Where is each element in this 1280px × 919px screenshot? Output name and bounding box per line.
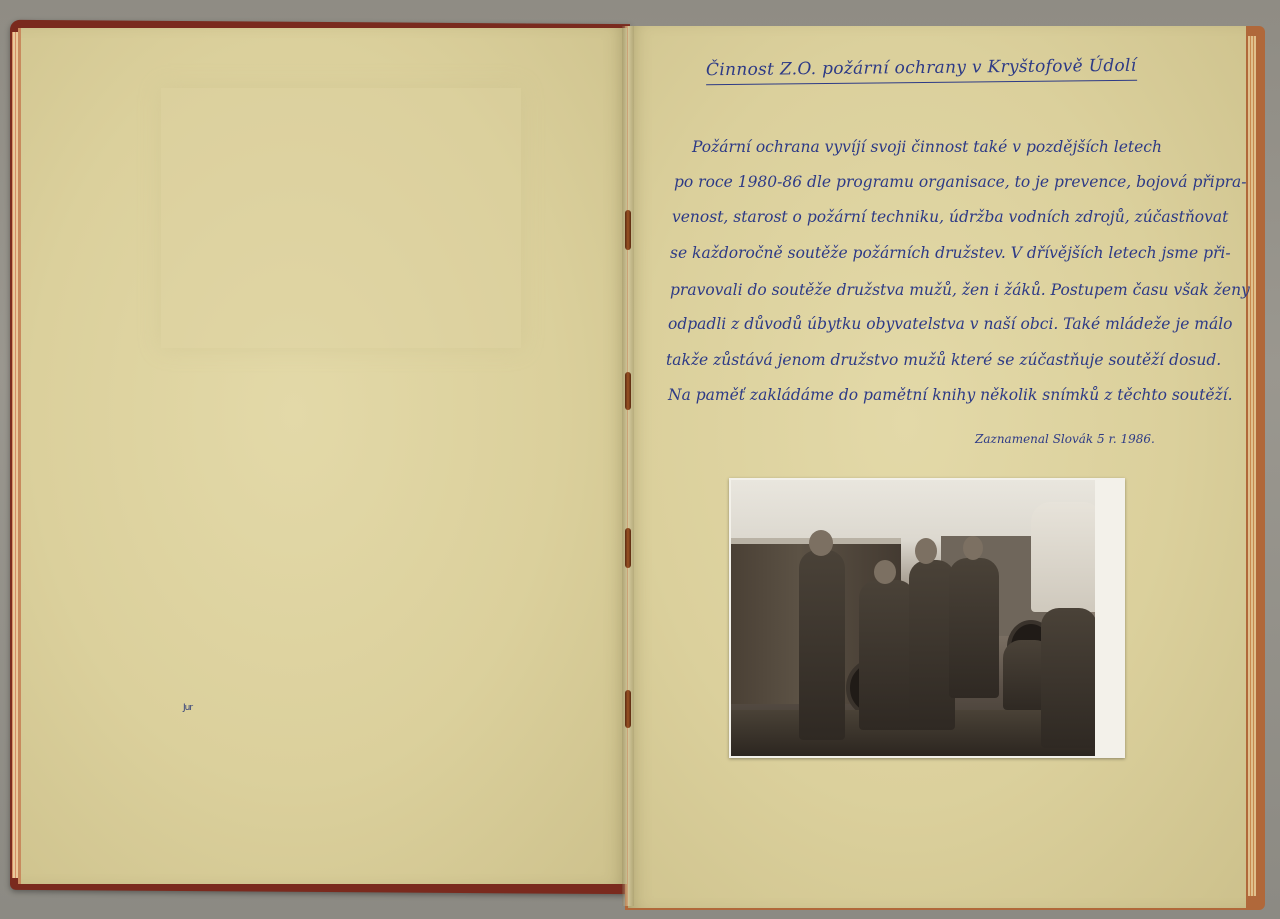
paragraph-line: takže zůstává jenom družstvo mužů které …: [666, 351, 1221, 369]
photo-image: [731, 480, 1095, 756]
person-white-sweater: [1031, 502, 1095, 612]
left-page: [18, 28, 627, 884]
photograph: [729, 478, 1125, 758]
head: [809, 530, 833, 556]
right-page: [628, 26, 1246, 908]
person: [799, 550, 845, 740]
person-legs: [1041, 608, 1095, 748]
binding-staple: [625, 372, 631, 410]
binding-staple: [625, 210, 631, 250]
paragraph-line: se každoročně soutěže požárních družstev…: [670, 244, 1231, 262]
faded-photo-outline: [161, 88, 521, 348]
paragraph-line: pravovali do soutěže družstva mužů, žen …: [670, 281, 1250, 299]
person: [859, 580, 915, 730]
paragraph-line: venost, starost o požární techniku, údrž…: [672, 208, 1228, 226]
paragraph-line: odpadli z důvodů úbytku obyvatelstva v n…: [668, 315, 1233, 333]
binding-staple: [625, 528, 631, 568]
paragraph-line: po roce 1980-86 dle programu organisace,…: [674, 173, 1247, 191]
head: [915, 538, 937, 564]
signature: Zaznamenal Slovák 5 r. 1986.: [975, 432, 1155, 446]
paragraph-line: Požární ochrana vyvíjí svoji činnost tak…: [692, 138, 1162, 156]
person: [949, 558, 999, 698]
page-stack-right: [1248, 36, 1256, 896]
ink-mark: Jur: [183, 703, 192, 713]
page-stack-left: [12, 32, 18, 878]
page-title: Činnost Z.O. požární ochrany v Kryštofov…: [706, 56, 1137, 86]
head: [874, 560, 896, 584]
binding-staple: [625, 690, 631, 728]
head: [963, 536, 983, 560]
paragraph-line: Na paměť zakládáme do pamětní knihy něko…: [668, 386, 1233, 404]
book-gutter: [622, 26, 634, 906]
